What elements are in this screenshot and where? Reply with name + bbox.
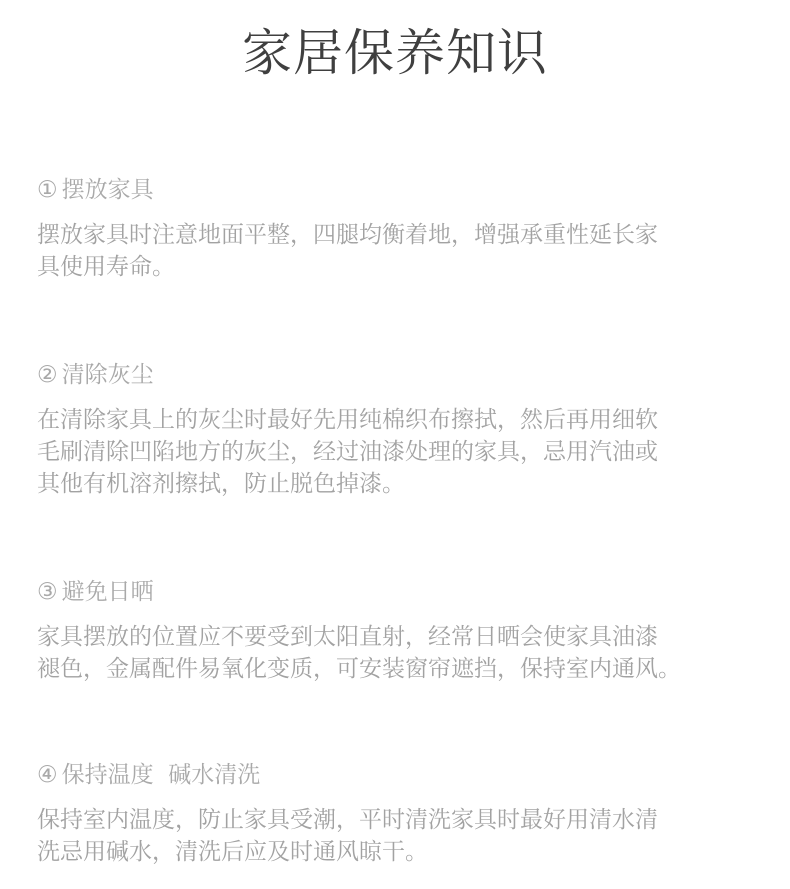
section-body: 保持室内温度，防止家具受潮，平时清洗家具时最好用清水清 洗忌用碱水，清洗后应及时… xyxy=(37,804,777,868)
section-temperature-cleaning: ④保持温度 碱水清洗 保持室内温度，防止家具受潮，平时清洗家具时最好用清水清 洗… xyxy=(37,760,777,868)
body-line: 家具摆放的位置应不要受到太阳直射，经常日晒会使家具油漆 xyxy=(37,621,777,653)
section-avoid-sunlight: ③避免日晒 家具摆放的位置应不要受到太阳直射，经常日晒会使家具油漆 褪色，金属配… xyxy=(37,577,777,685)
page-title: 家居保养知识 xyxy=(0,22,790,84)
section-heading: ①摆放家具 xyxy=(37,175,777,205)
section-heading-text: 摆放家具 xyxy=(62,177,154,203)
section-heading: ③避免日晒 xyxy=(37,577,777,607)
section-heading-text: 避免日晒 xyxy=(62,579,154,605)
body-line: 在清除家具上的灰尘时最好先用纯棉织布擦拭，然后再用细软 xyxy=(37,404,777,436)
section-heading-text: 清除灰尘 xyxy=(62,362,154,388)
body-line: 摆放家具时注意地面平整，四腿均衡着地，增强承重性延长家 xyxy=(37,219,777,251)
circled-number-icon: ① xyxy=(37,175,58,205)
section-body: 家具摆放的位置应不要受到太阳直射，经常日晒会使家具油漆 褪色，金属配件易氧化变质… xyxy=(37,621,777,685)
section-body: 在清除家具上的灰尘时最好先用纯棉织布擦拭，然后再用细软 毛刷清除凹陷地方的灰尘，… xyxy=(37,404,777,500)
section-body: 摆放家具时注意地面平整，四腿均衡着地，增强承重性延长家 具使用寿命。 xyxy=(37,219,777,283)
body-line: 保持室内温度，防止家具受潮，平时清洗家具时最好用清水清 xyxy=(37,804,777,836)
section-dust-removal: ②清除灰尘 在清除家具上的灰尘时最好先用纯棉织布擦拭，然后再用细软 毛刷清除凹陷… xyxy=(37,360,777,500)
circled-number-icon: ③ xyxy=(37,577,58,607)
body-line: 褪色，金属配件易氧化变质，可安装窗帘遮挡，保持室内通风。 xyxy=(37,653,777,685)
body-line: 洗忌用碱水，清洗后应及时通风晾干。 xyxy=(37,836,777,868)
circled-number-icon: ② xyxy=(37,360,58,390)
section-heading: ②清除灰尘 xyxy=(37,360,777,390)
body-line: 毛刷清除凹陷地方的灰尘，经过油漆处理的家具，忌用汽油或 xyxy=(37,436,777,468)
section-furniture-placement: ①摆放家具 摆放家具时注意地面平整，四腿均衡着地，增强承重性延长家 具使用寿命。 xyxy=(37,175,777,283)
section-heading-text: 保持温度 碱水清洗 xyxy=(62,762,261,788)
body-line: 其他有机溶剂擦拭，防止脱色掉漆。 xyxy=(37,468,777,500)
section-heading: ④保持温度 碱水清洗 xyxy=(37,760,777,790)
circled-number-icon: ④ xyxy=(37,760,58,790)
body-line: 具使用寿命。 xyxy=(37,251,777,283)
